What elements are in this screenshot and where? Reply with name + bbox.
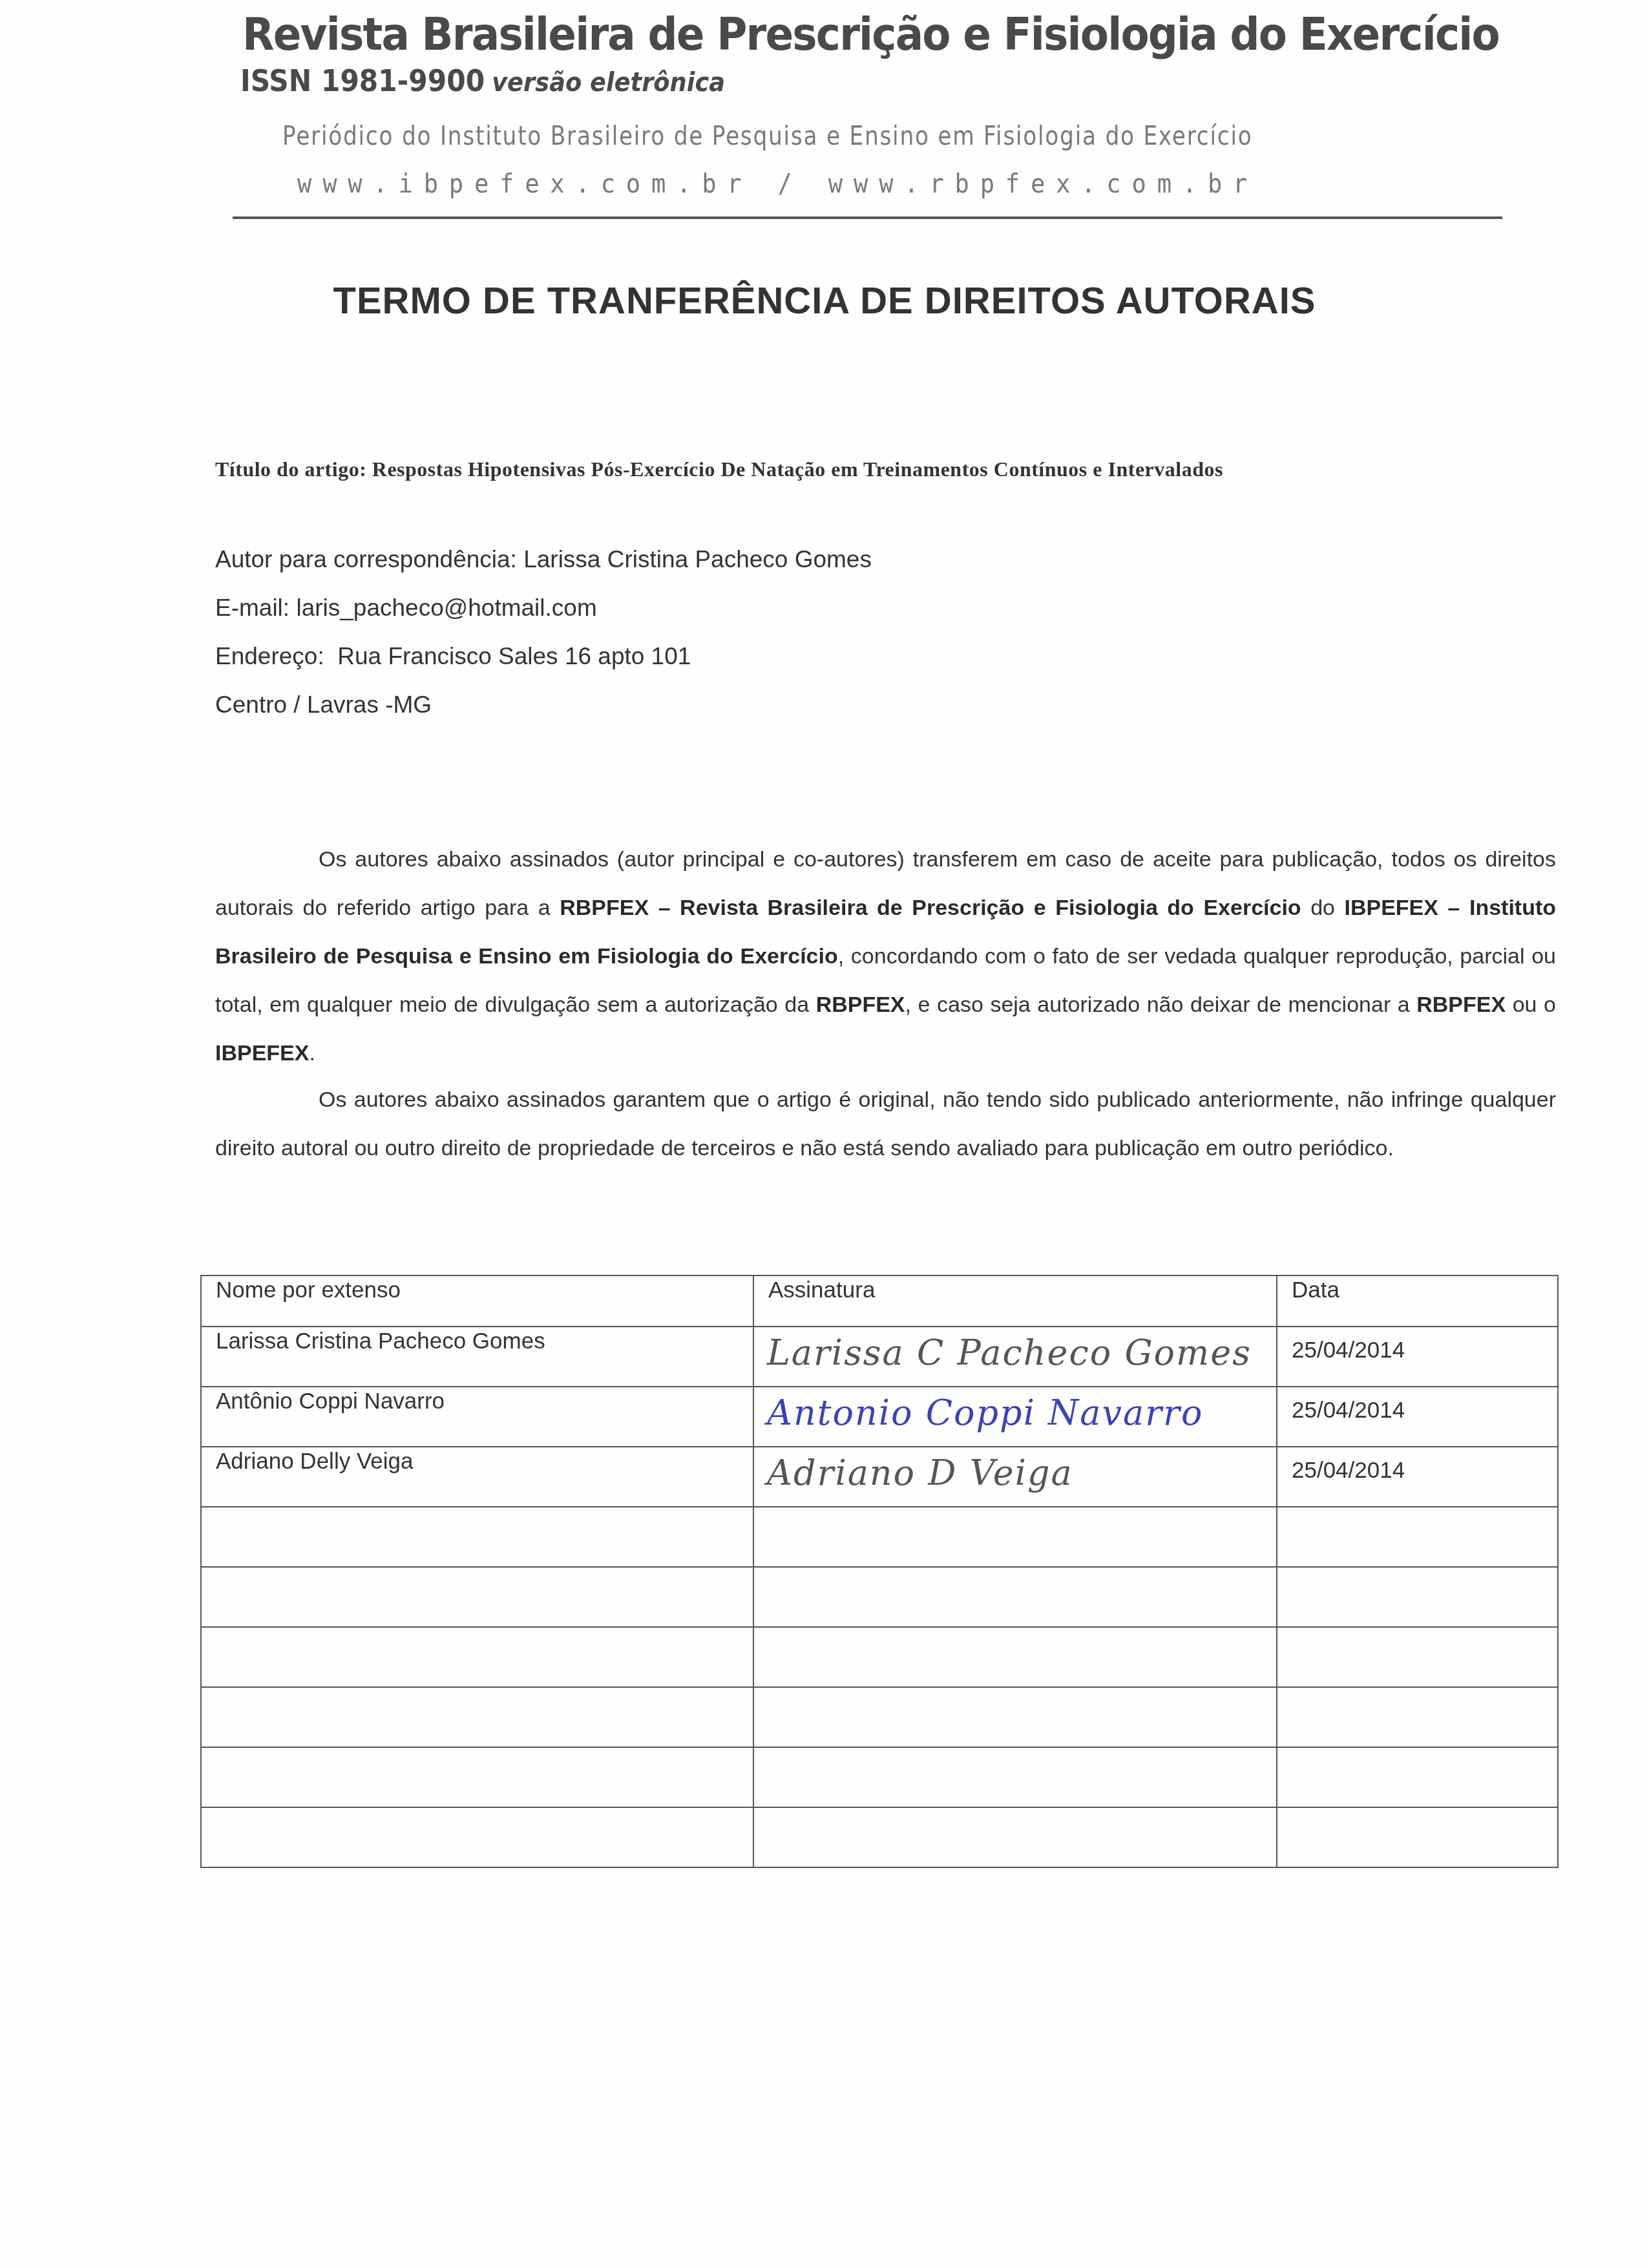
cell-signature: Antonio Coppi Navarro (753, 1387, 1277, 1447)
cell-date (1277, 1687, 1558, 1747)
cell-signature (753, 1747, 1277, 1807)
correspondence-label: Autor para correspondência: (215, 546, 517, 572)
cell-name (201, 1507, 753, 1567)
document-page: Revista Brasileira de Prescrição e Fisio… (0, 0, 1649, 2268)
journal-title: Revista Brasileira de Prescrição e Fisio… (242, 8, 1499, 61)
handwritten-signature: Larissa C Pacheco Gomes (767, 1332, 1252, 1373)
table-row (201, 1567, 1558, 1627)
article-title: Respostas Hipotensivas Pós-Exercício De … (372, 457, 1223, 481)
paragraph-originality: Os autores abaixo assinados garantem que… (215, 1076, 1556, 1173)
p2-text: Os autores abaixo assinados garantem que… (215, 1076, 1556, 1173)
cell-name: Antônio Coppi Navarro (201, 1387, 753, 1447)
cell-name (201, 1807, 753, 1867)
table-row (201, 1627, 1558, 1687)
cell-name: Adriano Delly Veiga (201, 1447, 753, 1507)
table-row (201, 1747, 1558, 1807)
cell-signature (753, 1567, 1277, 1627)
cell-signature (753, 1807, 1277, 1867)
issn: ISSN 1981-9900 (240, 63, 485, 98)
cell-date (1277, 1507, 1558, 1567)
address-line-2: Centro / Lavras -MG (215, 691, 432, 719)
header-name: Nome por extenso (201, 1276, 753, 1327)
header-date: Data (1277, 1276, 1558, 1327)
table-row: Antônio Coppi NavarroAntonio Coppi Navar… (201, 1387, 1558, 1447)
journal-urls: www.ibpefex.com.br / www.rbpfex.com.br (297, 169, 1258, 199)
cell-signature: Adriano D Veiga (753, 1447, 1277, 1507)
email-line: E-mail: laris_pacheco@hotmail.com (215, 594, 597, 622)
article-label: Título do artigo: (215, 457, 366, 481)
cell-signature (753, 1627, 1277, 1687)
address-value: Rua Francisco Sales 16 apto 101 (337, 643, 691, 669)
address-label: Endereço: (215, 643, 324, 669)
p1-text-g: . (309, 1041, 315, 1066)
header-divider (233, 216, 1502, 219)
cell-date: 25/04/2014 (1277, 1447, 1558, 1507)
cell-date (1277, 1627, 1558, 1687)
cell-signature: Larissa C Pacheco Gomes (753, 1327, 1277, 1387)
cell-date: 25/04/2014 (1277, 1327, 1558, 1387)
table-row (201, 1687, 1558, 1747)
cell-signature (753, 1507, 1277, 1567)
cell-name (201, 1747, 753, 1807)
handwritten-signature: Adriano D Veiga (767, 1453, 1073, 1493)
cell-name (201, 1627, 753, 1687)
cell-name (201, 1687, 753, 1747)
correspondence-author: Larissa Cristina Pacheco Gomes (523, 546, 872, 572)
p1-text-f: ou o (1506, 992, 1556, 1017)
table-row: Larissa Cristina Pacheco GomesLarissa C … (201, 1327, 1558, 1387)
document-title: TERMO DE TRANFERÊNCIA DE DIREITOS AUTORA… (0, 279, 1649, 322)
signature-table: Nome por extenso Assinatura Data Larissa… (200, 1275, 1559, 1868)
p1-text-e: , e caso seja autorizado não deixar de m… (905, 992, 1417, 1017)
journal-subtitle: Periódico do Instituto Brasileiro de Pes… (282, 121, 1252, 151)
table-row: Adriano Delly VeigaAdriano D Veiga25/04/… (201, 1447, 1558, 1507)
table-header-row: Nome por extenso Assinatura Data (201, 1276, 1558, 1327)
p1-text-c: do (1301, 896, 1345, 920)
issn-line: ISSN 1981-9900versão eletrônica (240, 63, 725, 98)
table-row (201, 1807, 1558, 1867)
header-signature: Assinatura (753, 1276, 1277, 1327)
cell-date (1277, 1567, 1558, 1627)
email-label: E-mail: (215, 594, 289, 621)
table-row (201, 1507, 1558, 1567)
p1-rbpfex-2: RBPFEX (1416, 992, 1506, 1017)
p1-rbpfex-full: RBPFEX – Revista Brasileira de Prescriçã… (560, 896, 1301, 920)
cell-name (201, 1567, 753, 1627)
paragraph-transfer: Os autores abaixo assinados (autor princ… (215, 835, 1556, 1078)
cell-date: 25/04/2014 (1277, 1387, 1558, 1447)
email-value: laris_pacheco@hotmail.com (296, 594, 596, 621)
cell-signature (753, 1687, 1277, 1747)
cell-name: Larissa Cristina Pacheco Gomes (201, 1327, 753, 1387)
address-line: Endereço: Rua Francisco Sales 16 apto 10… (215, 643, 691, 670)
version-label: versão eletrônica (492, 68, 725, 98)
p1-ibpefex: IBPEFEX (215, 1041, 309, 1066)
correspondence-line: Autor para correspondência: Larissa Cris… (215, 546, 872, 573)
cell-date (1277, 1747, 1558, 1807)
p1-rbpfex: RBPFEX (816, 992, 905, 1017)
cell-date (1277, 1807, 1558, 1867)
article-title-line: Título do artigo: Respostas Hipotensivas… (215, 457, 1223, 481)
handwritten-signature: Antonio Coppi Navarro (767, 1392, 1203, 1433)
